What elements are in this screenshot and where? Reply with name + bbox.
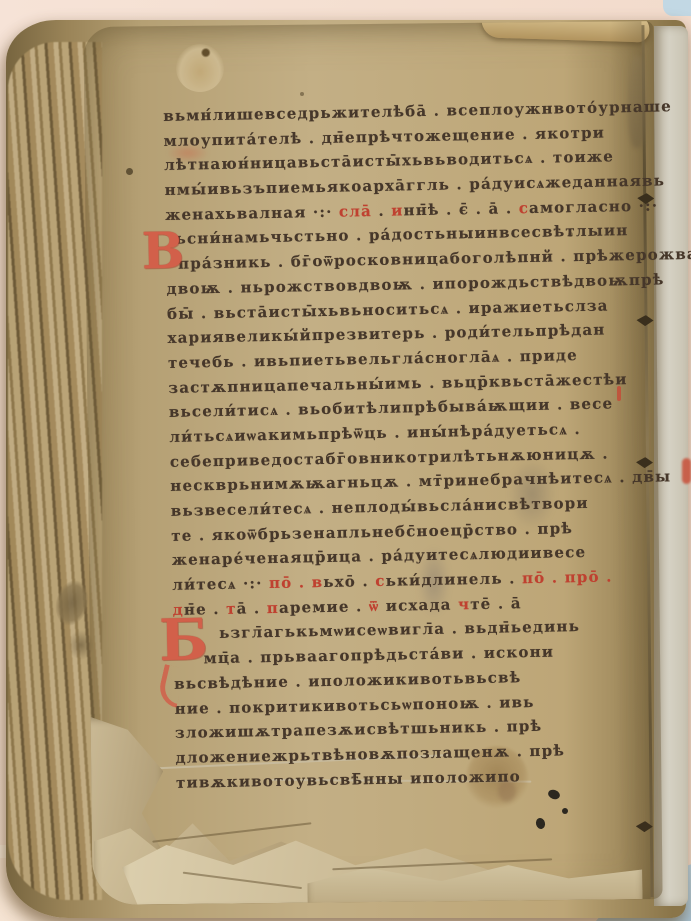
parchment-stain <box>126 168 133 175</box>
body-text: вьзвесели́тесѧ . неплоды́вьсла́нисвѣтвор… <box>171 494 589 520</box>
rubric-text: сла̄ <box>339 202 372 221</box>
manuscript-photo: В Б вьмн́лишевседрьжителѣба̄ . всеплоужн… <box>0 0 691 921</box>
body-text: нн̄ѣ . є̄ . а̄ . <box>403 199 518 219</box>
body-text: тивѫкивотоувьсвѣ̄нны иположипо <box>176 767 521 792</box>
body-text: те̄ . а̄ <box>470 594 522 613</box>
drop-cap-initial: Б <box>159 611 210 669</box>
body-text: ли́тьсѧиѡакимьпрѣѿць . ины́нѣра́дуетьсѧ … <box>169 420 581 446</box>
body-text: а̄ . <box>236 599 267 618</box>
rubric-text: п <box>267 599 280 617</box>
rubric-text: ч <box>458 595 471 613</box>
body-text: женахьвалная ·:· <box>165 202 339 223</box>
parchment-stain <box>68 630 94 660</box>
rubric-text: ѿ <box>369 597 386 615</box>
parchment-stain <box>176 44 224 92</box>
body-text: дложениежрьтвѣновѫпозлащенѫ . прѣ <box>175 741 565 766</box>
body-text: . <box>372 201 392 219</box>
red-margin-mark <box>682 458 691 484</box>
body-text: ьзгл̄агькьмѡисеѡвигл̄а . вьдн̄ьединь <box>219 618 580 643</box>
body-text: зложишѫтрапезѫисвѣтшьникь . прѣ <box>175 717 543 742</box>
rubric-text: и <box>391 201 404 219</box>
tear-crevice <box>152 822 311 842</box>
speck <box>300 92 304 96</box>
rubric-text: по̄ . про̄ . <box>522 568 613 588</box>
rubric-text: по̄ . <box>269 573 312 592</box>
ink-spot <box>562 808 568 814</box>
table-surface-top-right <box>663 0 691 16</box>
body-text: амогласно ·:· <box>529 196 658 216</box>
torn-parchment <box>307 851 642 903</box>
body-text: вьсвѣдѣние . иположикивотьвьсвѣ <box>174 668 522 693</box>
body-text: ьки́длинель . <box>385 569 522 590</box>
body-text: ние . покритикивотьсьѡпоноѭ . ивь <box>174 692 534 717</box>
body-text: ьхо̄ . <box>323 572 375 591</box>
text-block: В Б вьмн́лишевседрьжителѣба̄ . всеплоужн… <box>163 95 662 795</box>
body-text: течебь . ивьпиетьвельгла́сногла̄ѧ . прид… <box>168 346 578 372</box>
rubric-text: т <box>226 599 237 617</box>
rubric-text: с <box>519 199 530 217</box>
drop-cap-initial: В <box>141 226 185 277</box>
body-text: ли́тесѧ ·:· <box>172 574 269 594</box>
body-text: мц̄а . прьваагопрѣдьста́ви . искони <box>203 643 554 668</box>
rubric-text: в <box>312 573 324 591</box>
body-text: исхада <box>386 595 459 614</box>
body-text: аремие . <box>279 597 369 617</box>
